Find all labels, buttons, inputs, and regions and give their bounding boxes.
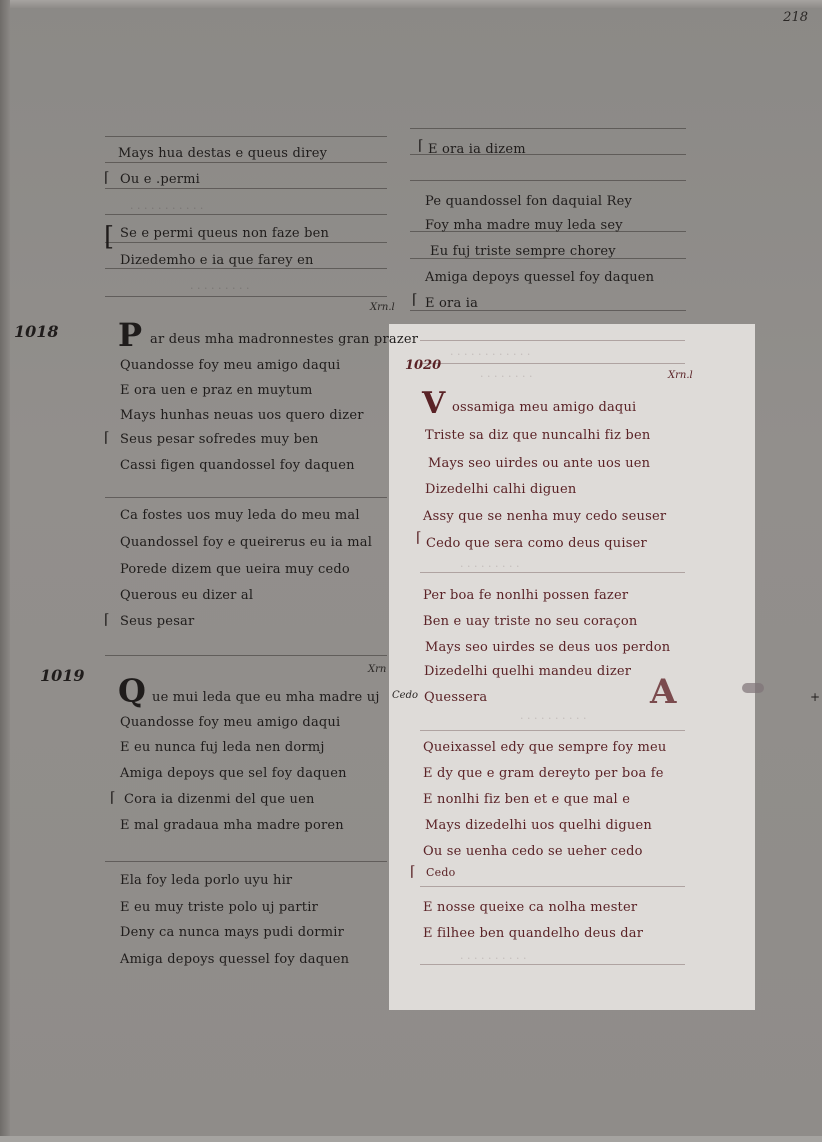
verse-line: Quandosse foy meu amigo daqui <box>120 715 340 730</box>
verse-line: Dizedelhi calhi diguen <box>425 482 576 497</box>
verse-line: E ora uen e praz en muytum <box>120 383 313 398</box>
verse-line: E eu muy triste polo uj partir <box>120 900 318 915</box>
poem-number: 1018 <box>14 322 59 341</box>
verse-line: Mays dizedelhi uos quelhi diguen <box>425 818 652 833</box>
paragraph-mark: ⌈ <box>412 292 417 308</box>
paragraph-mark: ⌈ <box>416 530 421 546</box>
verse-line: Quandosse foy meu amigo daqui <box>120 358 340 373</box>
ruling-line <box>105 188 387 189</box>
ruling-line <box>105 136 387 137</box>
verse-line: Assy que se nenha muy cedo seuser <box>423 509 666 524</box>
decorated-initial: Q <box>118 672 146 710</box>
verse-line: Mays seo uirdes ou ante uos uen <box>428 456 650 471</box>
decorated-initial: V <box>422 386 445 421</box>
verse-line: Amiga depoys que sel foy daquen <box>120 766 347 781</box>
page-edge-bottom <box>0 1136 822 1142</box>
verse-line: E mal gradaua mha madre poren <box>120 818 344 833</box>
verse-line: Ou e .permi <box>120 172 200 187</box>
verse-line: Ou se uenha cedo se ueher cedo <box>423 844 643 859</box>
ruling-line <box>420 340 685 341</box>
verse-line: Cora ia dizenmi del que uen <box>124 792 315 807</box>
verse-line: Pe quandossel fon daquial Rey <box>425 194 632 209</box>
ruling-line <box>105 296 387 297</box>
show-through-text: · · · · · · · · · · · <box>130 202 203 215</box>
verse-line: Ca fostes uos muy leda do meu mal <box>120 508 360 523</box>
paragraph-mark: ⌈ <box>104 430 109 446</box>
verse-line: Mays hua destas e queus direy <box>118 146 327 161</box>
show-through-text: · · · · · · · · · · <box>460 952 526 965</box>
show-through-text: · · · · · · · · <box>480 370 532 383</box>
ruling-line <box>420 730 685 731</box>
paragraph-mark: ⌈ <box>104 612 109 628</box>
ruling-line <box>105 655 387 656</box>
verse-line: Foy mha madre muy leda sey <box>425 218 623 233</box>
verse-line: Dizedemho e ia que farey en <box>120 253 314 268</box>
verse-line: E nonlhi fiz ben et e que mal e <box>423 792 630 807</box>
verse-line: Ela foy leda porlo uyu hir <box>120 873 292 888</box>
verse-line: Quandossel foy e queirerus eu ia mal <box>120 535 372 550</box>
verse-line: Ben e uay triste no seu coraçon <box>423 614 637 629</box>
show-through-text: · · · · · · · · · <box>460 560 519 573</box>
verse-line: Querous eu dizer al <box>120 588 253 603</box>
verse-line: Cedo que sera como deus quiser <box>426 536 647 551</box>
verse-line: Mays hunhas neuas uos quero dizer <box>120 408 364 423</box>
stanza-brace: [ <box>104 222 114 252</box>
verse-line: Cedo <box>426 866 455 879</box>
verse-line: Seus pesar <box>120 614 194 629</box>
verse-line: Cassi figen quandossel foy daquen <box>120 458 355 473</box>
verse-line: Deny ca nunca mays pudi dormir <box>120 925 344 940</box>
ruling-line <box>105 162 387 163</box>
margin-note: Cedo <box>392 690 418 701</box>
ruling-line <box>105 861 387 862</box>
verse-line: Triste sa diz que nuncalhi fiz ben <box>425 428 650 443</box>
verse-line: ossamiga meu amigo daqui <box>452 400 636 415</box>
verse-line: Quessera <box>424 690 487 705</box>
manuscript-page: 218 · · · · · · · · · · · · · · · · · · … <box>0 0 822 1142</box>
verse-line: Eu fuj triste sempre chorey <box>430 244 616 259</box>
verse-line: Amiga depoys quessel foy daquen <box>425 270 654 285</box>
margin-note: Xrn.l <box>668 370 693 381</box>
ruling-line <box>105 268 387 269</box>
show-through-text: · · · · · · · · · · · · <box>450 348 530 361</box>
verse-line: Amiga depoys quessel foy daquen <box>120 952 349 967</box>
poem-number: 1020 <box>405 358 441 373</box>
verse-line: Per boa fe nonlhi possen fazer <box>423 588 628 603</box>
verse-line: E dy que e gram dereyto per boa fe <box>423 766 664 781</box>
ruling-line <box>420 886 685 887</box>
ruling-line <box>410 128 686 129</box>
verse-line: E nosse queixe ca nolha mester <box>423 900 637 915</box>
verse-line: ue mui leda que eu mha madre uj <box>152 690 380 705</box>
verse-line: Porede dizem que ueira muy cedo <box>120 562 350 577</box>
verse-line: E eu nunca fuj leda nen dormj <box>120 740 325 755</box>
ruling-line <box>105 242 387 243</box>
page-edge-top <box>0 0 822 8</box>
verse-line: Mays seo uirdes se deus uos perdon <box>425 640 670 655</box>
paragraph-mark: ⌈ <box>418 138 423 154</box>
poem-number: 1019 <box>40 666 85 685</box>
ink-smudge <box>742 683 764 693</box>
verse-line: Seus pesar sofredes muy ben <box>120 432 319 447</box>
folio-number: 218 <box>783 10 808 25</box>
margin-mark: + <box>810 690 820 704</box>
ruling-line <box>420 363 685 364</box>
verse-line: Queixassel edy que sempre foy meu <box>423 740 666 755</box>
large-letter: A <box>650 672 676 712</box>
ruling-line <box>105 497 387 498</box>
verse-line: Se e permi queus non faze ben <box>120 226 329 241</box>
margin-note: Xrn <box>368 664 386 675</box>
margin-note: Xrn.l <box>370 302 395 313</box>
ruling-line <box>410 180 686 181</box>
paragraph-mark: ⌈ <box>410 864 415 880</box>
paragraph-mark: ⌈ <box>104 170 109 186</box>
verse-line: E filhee ben quandelho deus dar <box>423 926 643 941</box>
verse-line: ar deus mha madronnestes gran prazer <box>150 332 418 347</box>
verse-line: E ora ia dizem <box>428 142 526 157</box>
paragraph-mark: ⌈ <box>110 790 115 806</box>
decorated-initial: P <box>118 316 142 354</box>
show-through-text: · · · · · · · · · <box>190 282 249 295</box>
verse-line: E ora ia <box>425 296 478 311</box>
verse-line: Dizedelhi quelhi mandeu dizer <box>424 664 631 679</box>
show-through-text: · · · · · · · · · · <box>520 712 586 725</box>
page-edge-left <box>0 0 10 1142</box>
